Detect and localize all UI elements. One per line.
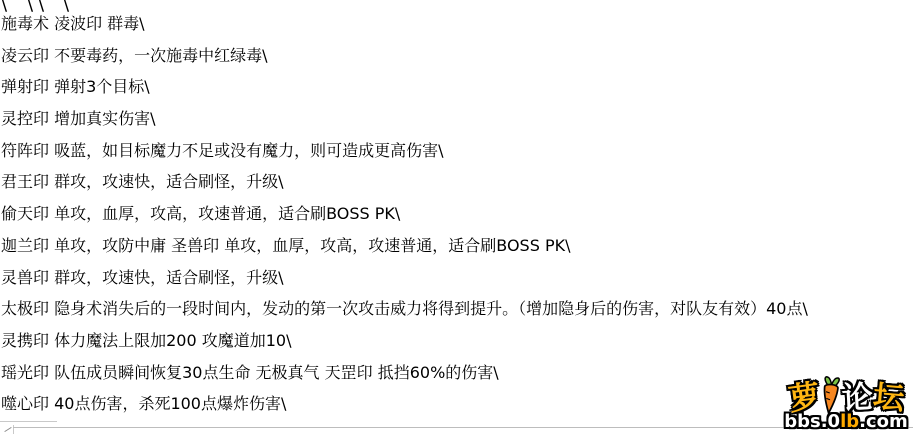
text-content: 施毒术 凌波印 群毒\ 凌云印 不要毒药，一次施毒中红绿毒\ 弹射印 弹射3个目… <box>1 8 913 420</box>
text-line: 瑶光印 队伍成员瞬间恢复30点生命 无极真气 天罡印 抵挡60%的伤害\ <box>1 357 913 389</box>
divider-short <box>0 421 57 422</box>
carrot-icon <box>817 373 842 417</box>
text-line: 灵携印 体力魔法上限加200 攻魔道加10\ <box>1 325 913 357</box>
text-line: 凌云印 不要毒药，一次施毒中红绿毒\ <box>1 40 913 72</box>
watermark-title: 萝 论 坛 <box>780 366 912 414</box>
text-line: 噬心印 40点伤害，杀死100点爆炸伤害\ <box>1 388 913 420</box>
text-line: 灵控印 增加真实伤害\ <box>1 103 913 135</box>
watermark-char-luo: 萝 <box>786 381 821 416</box>
text-line: 迦兰印 单攻，攻防中庸 圣兽印 单攻，血厚，攻高，攻速普通，适合刷BOSS PK… <box>1 230 913 262</box>
text-line: 符阵印 吸蓝，如目标魔力不足或没有魔力，则可造成更高伤害\ <box>1 135 913 167</box>
text-line: 君王印 群攻，攻速快，适合刷怪，升级\ <box>1 166 913 198</box>
forum-watermark: 萝 论 坛 bbs.0lb.com <box>780 366 912 432</box>
text-line: 太极印 隐身术消失后的一段时间内，发动的第一次攻击威力将得到提升。（增加隐身后的… <box>1 293 913 325</box>
text-line: 施毒术 凌波印 群毒\ <box>1 8 913 40</box>
text-line: 弹射印 弹射3个目标\ <box>1 71 913 103</box>
divider-long <box>13 427 913 428</box>
document-page: \ \ \ \ 施毒术 凌波印 群毒\ 凌云印 不要毒药，一次施毒中红绿毒\ 弹… <box>0 0 913 434</box>
watermark-char-lun: 论 <box>841 382 874 415</box>
corner-tick-mark <box>4 427 11 432</box>
text-line: 偷天印 单攻，血厚，攻高，攻速普通，适合刷BOSS PK\ <box>1 198 913 230</box>
watermark-char-tan: 坛 <box>871 382 905 416</box>
text-line: 灵兽印 群攻，攻速快，适合刷怪，升级\ <box>1 262 913 294</box>
